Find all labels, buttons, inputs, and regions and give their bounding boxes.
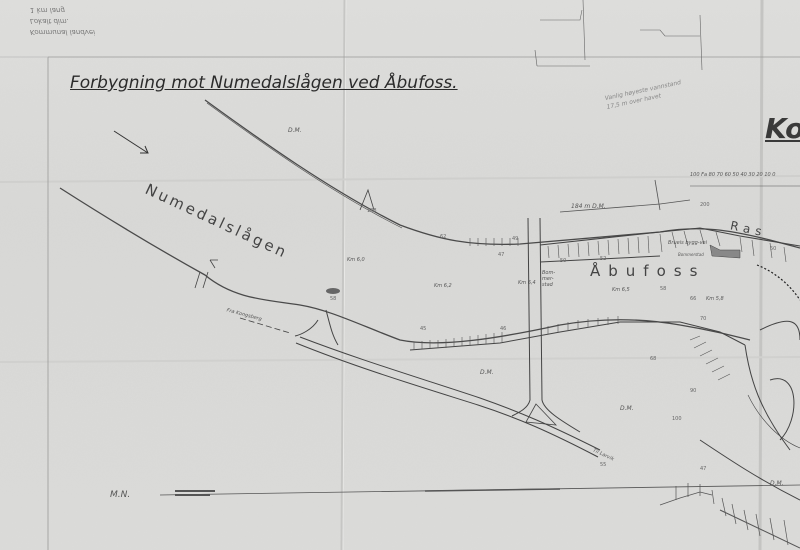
svg-text:70: 70 <box>700 316 706 322</box>
svg-text:45: 45 <box>420 326 426 332</box>
label-dm-road: D.M. <box>480 369 494 376</box>
label-brua-bygg: Brueis bygg-vei <box>668 240 707 246</box>
svg-text:66: 66 <box>690 296 696 302</box>
place-label-abufoss: Åbufoss <box>590 262 705 280</box>
label-km-62: Km 6,2 <box>434 283 452 289</box>
label-dm-lower-right: D.M. <box>620 405 634 412</box>
label-km-65: Km 6,5 <box>612 287 630 293</box>
svg-text:50: 50 <box>560 258 566 264</box>
svg-text:55: 55 <box>600 462 606 468</box>
label-dm-bottom-right: D.M. <box>770 480 784 487</box>
svg-text:47: 47 <box>700 466 706 472</box>
svg-text:58: 58 <box>330 296 336 302</box>
label-km-60: Km 6,0 <box>347 257 365 263</box>
label-km-64: Km 6,4 <box>518 280 536 286</box>
note-line-2: Lokalt dim. <box>30 15 95 26</box>
svg-text:68: 68 <box>650 356 656 362</box>
svg-text:50: 50 <box>770 246 776 252</box>
svg-text:49: 49 <box>512 236 518 242</box>
label-bommerstad-small: Bommerstad <box>678 252 704 257</box>
svg-text:188: 188 <box>367 208 377 214</box>
north-label: M.N. <box>110 490 130 500</box>
svg-text:58: 58 <box>660 286 666 292</box>
note-top-left: Kommunal landvei Lokalt dim. 1 km lang <box>30 4 95 37</box>
svg-text:62: 62 <box>440 234 446 240</box>
svg-text:47: 47 <box>498 252 504 258</box>
label-elev-184: 184 m D.M. <box>571 203 606 210</box>
note-line-1: Kommunal landvei <box>30 26 95 37</box>
note-line-3: 1 km lang <box>30 4 95 15</box>
svg-text:100: 100 <box>672 416 682 422</box>
scale-note: 100 Fa 80 70 60 50 40 30 20 10 0 <box>690 172 775 178</box>
svg-text:200: 200 <box>700 202 710 208</box>
map-title: Forbygning mot Numedalslågen ved Åbufoss… <box>70 73 458 93</box>
svg-text:90: 90 <box>690 388 696 394</box>
partial-title-right: Ko <box>765 112 800 145</box>
label-km-58: Km 5,8 <box>706 296 724 302</box>
label-dm-top: D.M. <box>288 127 302 134</box>
map-sheet: 58 188 62 47 49 45 46 50 52 58 66 70 68 … <box>0 0 800 550</box>
svg-text:46: 46 <box>500 326 506 332</box>
label-bom-stad: Bom-mer-stad <box>542 270 560 288</box>
